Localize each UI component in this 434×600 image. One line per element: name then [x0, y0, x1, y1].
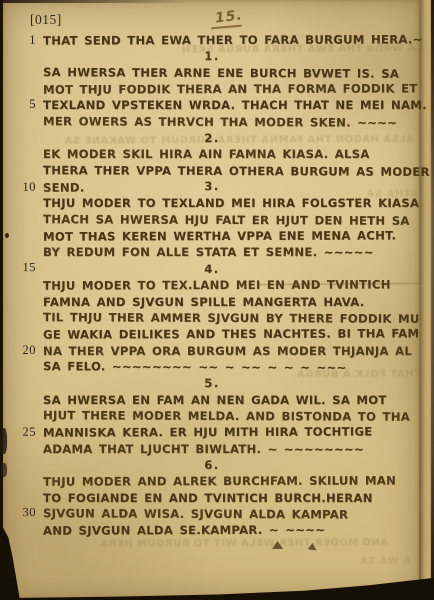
section-heading-row: 2.: [43, 128, 417, 146]
manuscript-text-row: AND SJVGUN ALDA SE.KAMPAR. ~ ~~~~: [43, 521, 417, 539]
manuscript-text-row: THERA THER VPPA THERA OTHERA BURGUM AS M…: [43, 161, 417, 179]
section-number: 6.: [204, 458, 220, 472]
manuscript-paper: [015] 15. SA WRDA THA EWA THERA BURGA SK…: [3, 0, 421, 600]
section-heading-row: 6.: [43, 455, 417, 473]
manuscript-text-row: THJU MODER AND ALREK BURCHFAM. SKILUN MA…: [43, 472, 417, 490]
manuscript-text-row: EK MODER SKIL HIRA AIN FAMNA KIASA. ALSA: [43, 145, 417, 161]
manuscript-line: SA HWERSA THER ARNE ENE BURCH BVWET IS. …: [43, 65, 399, 81]
margin-line-number: 30: [14, 504, 36, 520]
section-number: 2.: [204, 131, 220, 145]
manuscript-text-row: SA FELO. ~~~~~~~~ ~~ ~ ~~ ~ ~ ~ ~~~: [43, 357, 417, 375]
manuscript-text-row: THACH SA HWERSA HJU FALT ER HJUT DEN HET…: [43, 210, 417, 228]
manuscript-line: SA HWERSA EN FAM AN NEN GADA WIL. SA MOT: [43, 393, 387, 407]
manuscript-line: TIL THJU THER AMMER SJVGUN BY THERE FODD…: [43, 310, 420, 326]
manuscript-line: SJVGUN ALDA WISA. SJVGUN ALDA KAMPAR: [43, 506, 348, 521]
manuscript-text-row: ADAMA THAT LJUCHT BIWLATH. ~ ~~~~~~~~: [43, 440, 417, 456]
margin-line-number: 20: [14, 342, 36, 358]
section-heading-row: 5.: [43, 374, 417, 392]
photo-top-edge-shadow: [0, 0, 190, 3]
margin-line-number: 10: [14, 179, 36, 195]
manuscript-line: BY REDUM FON ALLE STATA ET SEMNE. ~~~~~: [43, 245, 374, 259]
manuscript-line: TEXLAND VPSTEKEN WRDA. THACH THAT NE MEI…: [43, 98, 427, 112]
bleedthrough-text: AND MODER THER WELA WIT TO BURGUM HERA: [83, 537, 388, 550]
manuscript-photo: [015] 15. SA WRDA THA EWA THERA BURGA SK…: [0, 0, 434, 600]
margin-line-number: 15: [14, 259, 36, 275]
section-number: 1.: [204, 49, 219, 63]
manuscript-text-row: 25 MANNISKA KERA. ER HJU MITH HIRA TOCHT…: [43, 423, 417, 441]
printed-folio-number: [015]: [30, 12, 62, 28]
manuscript-text-row: HJUT THERE MODER MELDA. AND BISTONDA TO …: [43, 406, 417, 424]
manuscript-text-row: TIL THJU THER AMMER SJVGUN BY THERE FODD…: [43, 308, 417, 326]
manuscript-line: THACH SA HWERSA HJU FALT ER HJUT DEN HET…: [43, 212, 410, 228]
manuscript-text-row: MOT THAS KEREN WERTHA VPPA ENE MENA ACHT…: [43, 226, 417, 244]
manuscript-text-row: SA HWERSA THER ARNE ENE BURCH BVWET IS. …: [43, 63, 417, 81]
manuscript-text-row: 20 NA THER VPPA ORA BURGUM AS MODER THJA…: [43, 342, 417, 358]
manuscript-line: EK MODER SKIL HIRA AIN FAMNA KIASA. ALSA: [43, 147, 370, 161]
margin-line-number: 1: [14, 32, 36, 48]
ink-spot: [5, 233, 9, 238]
manuscript-line: ADAMA THAT LJUCHT BIWLATH. ~ ~~~~~~~~: [43, 442, 364, 456]
section-number: 4.: [204, 262, 220, 276]
manuscript-line: THJU MODER AND ALREK BURCHFAM. SKILUN MA…: [43, 474, 396, 489]
manuscript-line: HJUT THERE MODER MELDA. AND BISTONDA TO …: [43, 408, 410, 424]
manuscript-text: 1 THAT SEND THA EWA THER TO FARA BURGUM …: [43, 31, 417, 538]
manuscript-line: MANNISKA KERA. ER HJU MITH HIRA TOCHTIGE: [43, 425, 373, 440]
manuscript-line: THJU MODER TO TEX.LAND MEI EN AND TVINTI…: [43, 278, 391, 293]
handwritten-page-number: 15.: [214, 7, 244, 26]
manuscript-text-row: BY REDUM FON ALLE STATA ET SEMNE. ~~~~~: [43, 243, 417, 259]
section-heading-row: 1.: [43, 47, 417, 63]
manuscript-line: SA FELO. ~~~~~~~~ ~~ ~ ~~ ~ ~ ~ ~~~: [43, 359, 347, 374]
manuscript-text-row: TO FOGIANDE EN AND TVINTICH BURCH.HERAN: [43, 489, 417, 505]
manuscript-text-row: SA HWERSA EN FAM AN NEN GADA WIL. SA MOT: [43, 391, 417, 407]
manuscript-line: FAMNA AND SJVGUN SPILLE MANGERTA HAVA.: [43, 295, 364, 309]
manuscript-text-row: FAMNA AND SJVGUN SPILLE MANGERTA HAVA.: [43, 293, 417, 309]
bleedthrough-text: A WA SA: [301, 556, 411, 568]
section-heading-row: 15 4.: [43, 259, 417, 277]
section-number: 3.: [43, 178, 381, 196]
manuscript-line: TO FOGIANDE EN AND TVINTICH BURCH.HERAN: [43, 491, 373, 505]
manuscript-line: NA THER VPPA ORA BURGUM AS MODER THJANJA…: [43, 344, 412, 358]
manuscript-line: GE WAKIA DEILIKES AND THES NACHTES. BI T…: [43, 327, 419, 342]
manuscript-line: MOT THJU FODDIK THERA AN THA FORMA FODDI…: [43, 81, 418, 96]
margin-line-number: 5: [14, 96, 36, 112]
manuscript-line: MOT THAS KEREN WERTHA VPPA ENE MENA ACHT…: [43, 229, 396, 244]
manuscript-line: THJU MODER TO TEXLAND MEI HIRA FOLGSTER …: [43, 196, 419, 210]
section-number: 5.: [204, 376, 220, 390]
manuscript-text-row: 1 THAT SEND THA EWA THER TO FARA BURGUM …: [43, 30, 417, 48]
manuscript-line: THAT SEND THA EWA THER TO FARA BURGUM HE…: [43, 32, 423, 47]
manuscript-text-row: THJU MODER TO TEXLAND MEI HIRA FOLGSTER …: [43, 194, 417, 210]
manuscript-text-row: MOT THJU FODDIK THERA AN THA FORMA FODDI…: [43, 79, 417, 97]
manuscript-line: MER OWERS AS THRVCH THA MODER SKEN. ~~~~: [43, 114, 397, 130]
margin-line-number: 25: [14, 424, 36, 440]
manuscript-text-row: 5 TEXLAND VPSTEKEN WRDA. THACH THAT NE M…: [43, 96, 417, 112]
manuscript-line: AND SJVGUN ALDA SE.KAMPAR. ~ ~~~~: [43, 523, 325, 538]
left-edge-tear: [0, 428, 7, 454]
manuscript-text-row: GE WAKIA DEILIKES AND THES NACHTES. BI T…: [43, 325, 417, 343]
manuscript-line: THERA THER VPPA THERA OTHERA BURGUM AS M…: [43, 163, 430, 179]
manuscript-text-row: 10 SEND. 3.: [43, 177, 417, 195]
manuscript-text-row: THJU MODER TO TEX.LAND MEI EN AND TVINTI…: [43, 276, 417, 294]
left-edge-tear: [1, 463, 7, 477]
manuscript-text-row: MER OWERS AS THRVCH THA MODER SKEN. ~~~~: [43, 112, 417, 130]
manuscript-text-row: 30 SJVGUN ALDA WISA. SJVGUN ALDA KAMPAR: [43, 504, 417, 522]
